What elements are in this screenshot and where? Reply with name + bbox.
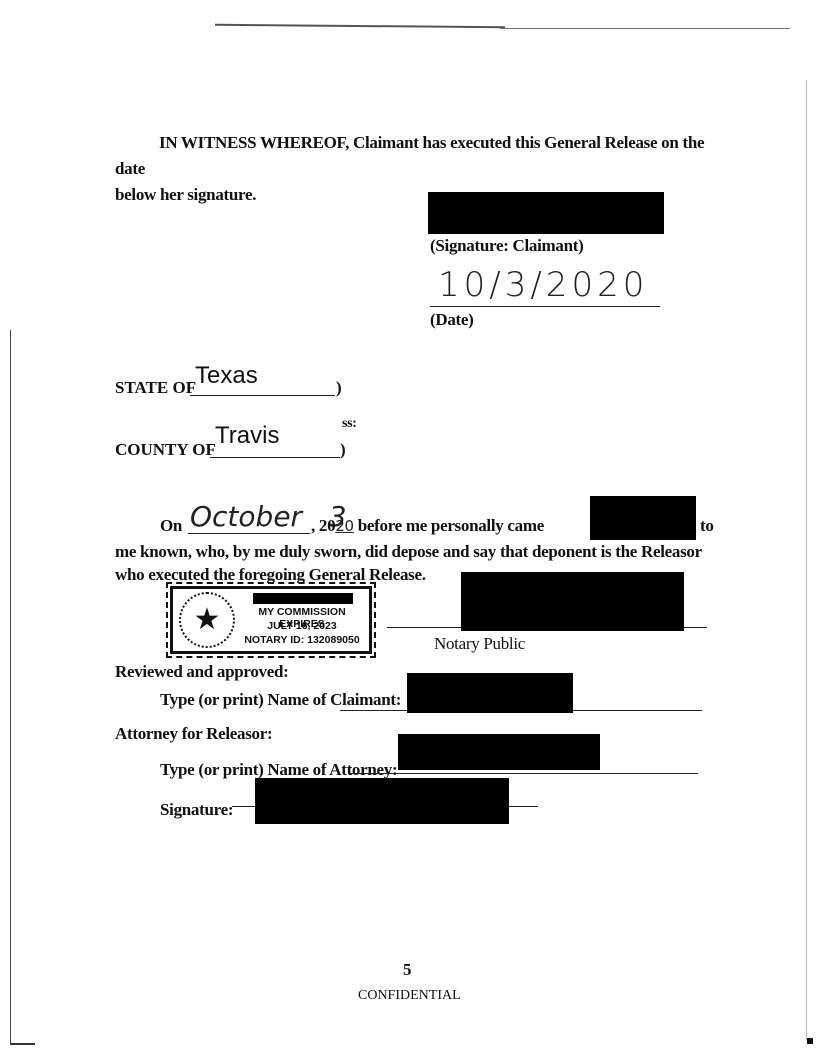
date-rule <box>430 306 660 307</box>
ack-year-prefix: , 20 <box>311 516 335 535</box>
ack-line3: who executed the foregoing General Relea… <box>115 565 426 585</box>
witness-lead: IN WITNESS WHEREOF, <box>159 133 349 152</box>
county-value: Travis <box>215 422 279 450</box>
page-number: 5 <box>403 960 412 980</box>
redacted-claimant-signature <box>428 192 664 234</box>
state-label: STATE OF <box>115 378 196 398</box>
scan-right-edge <box>806 80 807 1040</box>
attorney-name-label: Type (or print) Name of Attorney: <box>160 760 397 780</box>
date-handwritten: 10/3/2020 <box>438 265 648 305</box>
ack-year: , 2020 before me personally came <box>311 516 544 536</box>
county-rule <box>210 457 340 458</box>
attorney-heading: Attorney for Releasor: <box>115 724 272 744</box>
scan-top-edge-right <box>500 28 790 29</box>
scan-top-edge <box>215 24 505 29</box>
notary-seal-star-icon: ★ <box>179 592 235 648</box>
county-paren: ) <box>340 440 345 460</box>
ack-to: to <box>700 516 714 536</box>
redacted-claimant-name <box>407 673 573 713</box>
ack-on-label: On <box>160 516 182 536</box>
scan-corner-mark <box>807 1038 813 1044</box>
redacted-notary-signature <box>461 572 684 631</box>
ack-mid: before me personally came <box>354 516 544 535</box>
date-caption: (Date) <box>430 310 474 330</box>
notary-stamp: ★ MY COMMISSION EXPIRES JULY 16, 2023 NO… <box>170 586 372 654</box>
reviewed-label: Reviewed and approved: <box>115 662 289 682</box>
county-label: COUNTY OF <box>115 440 216 460</box>
confidential-footer: CONFIDENTIAL <box>358 988 461 1004</box>
redacted-attorney-name <box>398 734 600 770</box>
scan-bottom-edge <box>10 1043 35 1045</box>
ack-year-handwritten: 20 <box>335 517 354 535</box>
ack-line2: me known, who, by me duly sworn, did dep… <box>115 542 702 562</box>
redacted-notary-name <box>253 593 353 604</box>
scan-left-edge <box>10 330 11 1045</box>
signature-label: Signature: <box>160 800 233 820</box>
redacted-deponent-name <box>590 496 696 540</box>
ss-label: ss: <box>342 416 357 432</box>
ack-date-rule <box>188 533 310 534</box>
notary-caption: Notary Public <box>434 634 525 654</box>
state-paren: ) <box>336 378 341 398</box>
stamp-line2: JULY 16, 2023 <box>237 620 367 632</box>
state-rule <box>190 395 335 396</box>
redacted-attorney-signature <box>255 778 509 824</box>
stamp-line3: NOTARY ID: 132089050 <box>237 634 367 646</box>
claimant-name-label: Type (or print) Name of Claimant: <box>160 690 401 710</box>
state-value: Texas <box>195 362 258 390</box>
signature-caption: (Signature: Claimant) <box>430 236 583 256</box>
attorney-name-rule <box>350 773 698 774</box>
